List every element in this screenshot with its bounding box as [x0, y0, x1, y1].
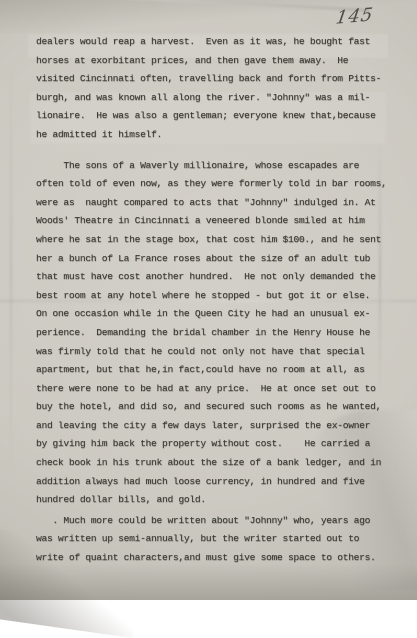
text-line: was written up semi-annually, but the wr… — [36, 530, 396, 549]
text-line: Woods' Theatre in Cincinnati a veneered … — [36, 212, 396, 231]
text-line: perience. Demanding the bridal chamber i… — [36, 324, 396, 343]
text-line: apartment, but that he,in fact,could hav… — [36, 361, 396, 380]
text-line: by giving him back the property without … — [36, 435, 396, 454]
text-line: . Much more could be written about "John… — [36, 512, 396, 531]
manuscript-page: 145 dealers would reap a harvest. Even a… — [0, 0, 417, 600]
text-line: best room at any hotel where he stopped … — [36, 287, 396, 306]
text-line: hundred dollar bills, and gold. — [36, 491, 396, 510]
paragraph: dealers would reap a harvest. Even as it… — [36, 33, 396, 145]
text-line: there were none to be had at any price. … — [36, 380, 396, 399]
text-line: visited Cincinnati often, travelling bac… — [36, 70, 396, 89]
text-line: check book in his trunk about the size o… — [36, 454, 396, 473]
handwritten-page-number: 145 — [334, 4, 375, 29]
text-line: lionaire. He was also a gentleman; every… — [36, 107, 396, 126]
text-line: where he sat in the stage box, that cost… — [36, 231, 396, 250]
text-line: were as naught compared to acts that "Jo… — [36, 194, 396, 213]
text-line: and leaving the city a few days later, s… — [36, 417, 396, 436]
text-line: The sons of a Waverly millionaire, whose… — [36, 157, 396, 176]
text-line: buy the hotel, and did so, and secured s… — [36, 398, 396, 417]
text-line: burgh, and was known all along the river… — [36, 89, 396, 108]
paragraph: The sons of a Waverly millionaire, whose… — [36, 157, 396, 510]
text-line: addition always had much loose currency,… — [36, 473, 396, 492]
text-line: often told of even now, as they were for… — [36, 175, 396, 194]
text-line: her a bunch of La France roses about the… — [36, 250, 396, 269]
text-line: write of quaint characters,and must give… — [36, 549, 396, 568]
paper-crease — [10, 60, 12, 480]
text-line: dealers would reap a harvest. Even as it… — [36, 33, 396, 52]
paragraph: . Much more could be written about "John… — [36, 512, 396, 568]
typewritten-text: dealers would reap a harvest. Even as it… — [36, 33, 396, 568]
text-line: On one occasion while in the Queen City … — [36, 305, 396, 324]
text-line: was firmly told that he could not only n… — [36, 343, 396, 362]
text-line: he admitted it himself. — [36, 126, 396, 145]
paper-crease — [110, 0, 370, 12]
text-line: that must have cost another hundred. He … — [36, 268, 396, 287]
text-line: horses at exorbitant prices, and then ga… — [36, 52, 396, 71]
